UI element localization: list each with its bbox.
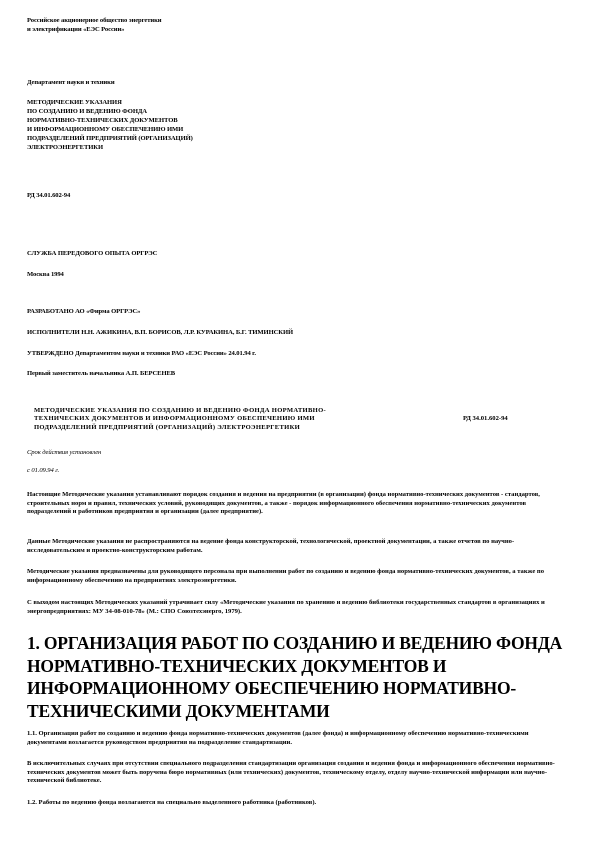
approved-by: УТВЕРЖДЕНО Департаментом науки и техники… (27, 350, 256, 359)
intro-paragraph: Методические указания предназначены для … (27, 568, 567, 585)
intro-paragraph: Данные Методические указания не распрост… (27, 538, 567, 555)
intro-paragraph: Настоящие Методические указания устанавл… (27, 491, 567, 517)
organization-name: Российское акционерное общество энергети… (27, 17, 162, 34)
header-block: МЕТОДИЧЕСКИЕ УКАЗАНИЯ ПО СОЗДАНИЮ И ВЕДЕ… (34, 407, 574, 432)
section-paragraph: 1.2. Работы по ведению фонда возлагаются… (27, 799, 567, 808)
document-code: РД 34.01.602-94 (27, 192, 70, 201)
executors: ИСПОЛНИТЕЛИ Н.Н. АЖИКИНА, В.П. БОРИСОВ, … (27, 329, 293, 338)
document-title: МЕТОДИЧЕСКИЕ УКАЗАНИЯ ПО СОЗДАНИЮ И ВЕДЕ… (27, 99, 193, 152)
header-block-code: РД 34.01.602-94 (463, 415, 508, 422)
city-year: Москва 1994 (27, 271, 64, 280)
section-paragraph: В исключительных случаях при отсутствии … (27, 760, 567, 786)
publisher: СЛУЖБА ПЕРЕДОВОГО ОПЫТА ОРГРЭС (27, 250, 157, 259)
header-block-title: МЕТОДИЧЕСКИЕ УКАЗАНИЯ ПО СОЗДАНИЮ И ВЕДЕ… (34, 407, 414, 432)
first-deputy: Первый заместитель начальника А.П. БЕРСЕ… (27, 370, 175, 379)
intro-paragraph: С выходом настоящих Методических указани… (27, 599, 567, 616)
department-name: Департамент науки и техники (27, 79, 115, 88)
validity-label: Срок действия установлен (27, 449, 101, 458)
developed-by: РАЗРАБОТАНО АО «Фирма ОРГРЭС» (27, 308, 140, 317)
section-heading: 1. ОРГАНИЗАЦИЯ РАБОТ ПО СОЗДАНИЮ И ВЕДЕН… (27, 632, 567, 722)
section-paragraph: 1.1. Организация работ по созданию и вед… (27, 730, 567, 747)
validity-date: с 01.09.94 г. (27, 467, 59, 476)
